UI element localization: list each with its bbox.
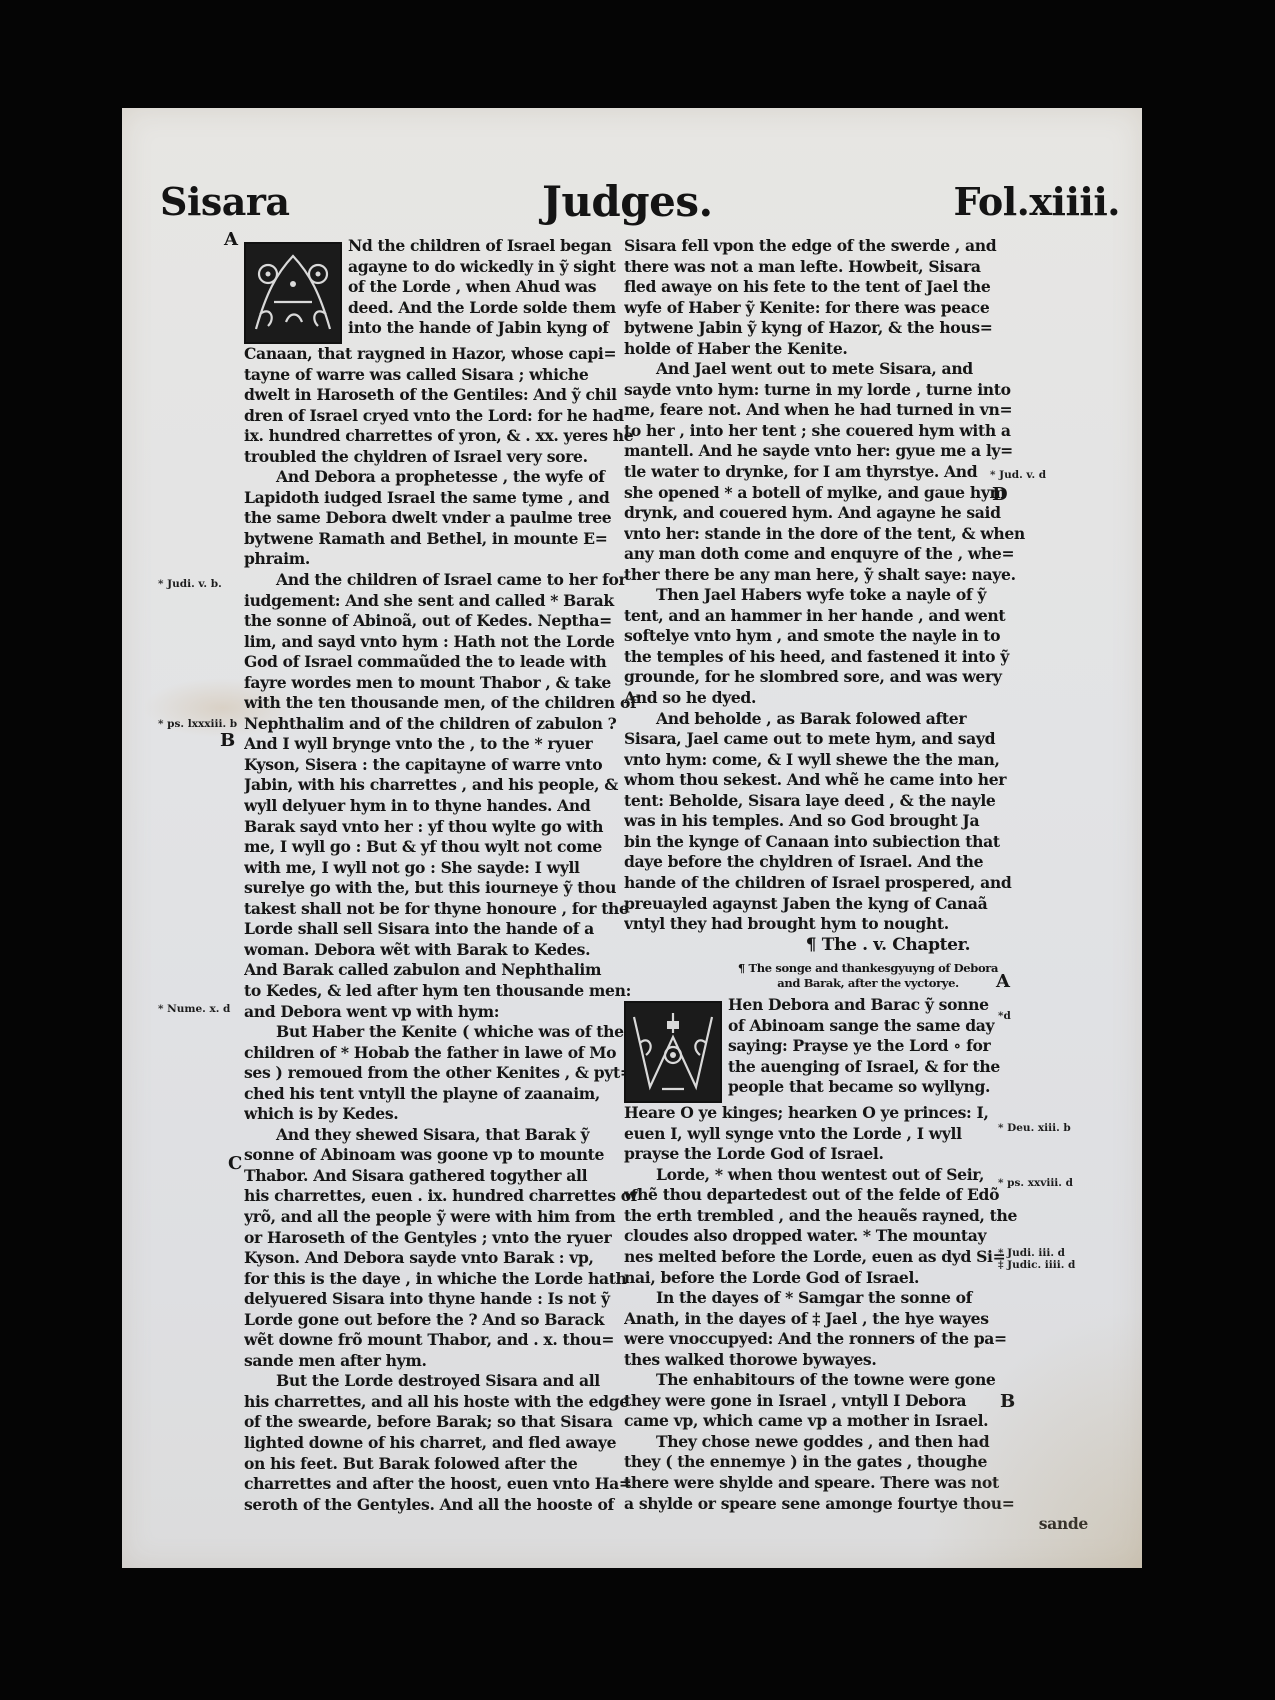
text-line: and Barak, after the vyctorye. <box>624 976 1112 991</box>
margin-section-letter: D <box>992 485 1008 505</box>
text-line: The enhabitours of the towne were gone <box>624 1370 1112 1391</box>
text-line: preuayled agaynst Jaben the kyng of Cana… <box>624 894 1112 915</box>
text-line: whom thou sekest. And whẽ he came into h… <box>624 770 1112 791</box>
margin-cross-reference: ‡ Judic. iiii. d <box>998 1259 1075 1271</box>
text-line: was in his temples. And so God brought J… <box>624 811 1112 832</box>
text-line: me, feare not. And when he had turned in… <box>624 400 1112 421</box>
text-line: the erth trembled , and the heauẽs rayne… <box>624 1206 1112 1227</box>
text-line: bytwene Jabin ỹ kyng of Hazor, & the hou… <box>624 318 1112 339</box>
running-head-left: Sisara <box>160 178 290 226</box>
margin-section-letter: B <box>1000 1392 1015 1412</box>
book-page: Sisara Judges. Fol.xiiii. <box>122 108 1142 1568</box>
margin-section-letter: C <box>228 1154 242 1174</box>
text-line: sayde vnto hym: turne in my lorde , turn… <box>624 380 1112 401</box>
text-line: softelye vnto hym , and smote the nayle … <box>624 626 1112 647</box>
margin-cross-reference: *d <box>998 1010 1011 1022</box>
text-line: grounde, for he slombred sore, and was w… <box>624 667 1112 688</box>
text-line: the auenging of Israel, & for the <box>728 1057 1112 1078</box>
text-line: Sisara fell vpon the edge of the swerde … <box>624 236 1112 257</box>
text-line: cloudes also dropped water. * The mounta… <box>624 1226 1112 1247</box>
running-head: Sisara Judges. Fol.xiiii. <box>122 178 1142 238</box>
text-line: Anath, in the dayes of ‡ Jael , the hye … <box>624 1309 1112 1330</box>
folio-number: Fol.xiiii. <box>953 178 1120 226</box>
text-line: prayse the Lorde God of Israel. <box>624 1144 1112 1165</box>
text-line: tent: Beholde, Sisara laye deed , & the … <box>624 791 1112 812</box>
text-line: a shylde or speare sene amonge fourtye t… <box>624 1494 1112 1515</box>
text-line: holde of Haber the Kenite. <box>624 339 1112 360</box>
text-line: any man doth come and enquyre of the , w… <box>624 544 1112 565</box>
text-line: Hen Debora and Barac ỹ sonne <box>728 995 1112 1016</box>
margin-cross-reference: * Judi. iii. d <box>998 1247 1065 1259</box>
text-line: tent, and an hammer in her hande , and w… <box>624 606 1112 627</box>
margin-cross-reference: * Nume. x. d <box>158 1003 230 1015</box>
text-line: hande of the children of Israel prospere… <box>624 873 1112 894</box>
margin-cross-reference: * ps. lxxxiii. b <box>158 718 237 730</box>
decorated-initial-a <box>244 242 342 344</box>
margin-section-letter: B <box>220 731 235 751</box>
text-line: the temples of his heed, and fastened it… <box>624 647 1112 668</box>
text-line: there were shylde and speare. There was … <box>624 1473 1112 1494</box>
text-line: saying: Prayse ye the Lord ∘ for <box>728 1036 1112 1057</box>
text-line: they were gone in Israel , vntyll I Debo… <box>624 1391 1112 1412</box>
text-line: ¶ The songe and thankesgyuyng of Debora <box>624 961 1112 976</box>
text-line: bin the kynge of Canaan into subiection … <box>624 832 1112 853</box>
text-line: And so he dyed. <box>624 688 1112 709</box>
chapter-heading: ¶ The . v. Chapter. <box>624 935 1112 956</box>
text-line: Then Jael Habers wyfe toke a nayle of ỹ <box>624 585 1112 606</box>
text-line: were vnoccupyed: And the ronners of the … <box>624 1329 1112 1350</box>
text-line: she opened * a botell of mylke, and gaue… <box>624 483 1112 504</box>
text-line: vntyl they had brought hym to nought. <box>624 914 1112 935</box>
text-line: they ( the ennemye ) in the gates , thou… <box>624 1452 1112 1473</box>
chapter-summary: ¶ The songe and thankesgyuyng of Deboraa… <box>624 955 1112 995</box>
floral-ornament-icon <box>246 244 340 342</box>
margin-cross-reference: * Jud. v. d <box>990 469 1046 481</box>
text-line: And Jael went out to mete Sisara, and <box>624 359 1112 380</box>
running-head-book-title: Judges. <box>542 178 713 226</box>
text-line: mantell. And he sayde vnto her: gyue me … <box>624 441 1112 462</box>
text-line: of Abinoam sange the same day <box>728 1016 1112 1037</box>
text-line: people that became so wyllyng. <box>728 1077 1112 1098</box>
margin-section-letter: A <box>224 230 238 250</box>
floral-ornament-icon <box>626 1003 720 1101</box>
right-text-column: Sisara fell vpon the edge of the swerde … <box>624 236 1112 1535</box>
text-line: thes walked thorowe bywayes. <box>624 1350 1112 1371</box>
text-line: ther there be any man here, ỹ shalt saye… <box>624 565 1112 586</box>
text-line: And beholde , as Barak folowed after <box>624 709 1112 730</box>
text-line: Heare O ye kinges; hearken O ye princes:… <box>624 1103 1112 1124</box>
text-line: there was not a man lefte. Howbeit, Sisa… <box>624 257 1112 278</box>
text-line: wyfe of Haber ỹ Kenite: for there was pe… <box>624 298 1112 319</box>
text-line: vnto her: stande in the dore of the tent… <box>624 524 1112 545</box>
text-line: They chose newe goddes , and then had <box>624 1432 1112 1453</box>
margin-section-letter: A <box>996 972 1010 992</box>
text-line: fled awaye on his fete to the tent of Ja… <box>624 277 1112 298</box>
text-line: came vp, which came vp a mother in Israe… <box>624 1411 1112 1432</box>
margin-cross-reference: * Judi. v. b. <box>158 578 222 590</box>
decorated-initial-w <box>624 1001 722 1103</box>
text-line: vnto hym: come, & I wyll shewe the the m… <box>624 750 1112 771</box>
margin-cross-reference: * Deu. xiii. b <box>998 1122 1071 1134</box>
text-line: In the dayes of * Samgar the sonne of <box>624 1288 1112 1309</box>
catchword: sande <box>624 1514 1112 1535</box>
text-line: drynk, and couered hym. And agayne he sa… <box>624 503 1112 524</box>
text-line: to her , into her tent ; she couered hym… <box>624 421 1112 442</box>
margin-cross-reference: * ps. xxviii. d <box>998 1177 1073 1189</box>
text-line: daye before the chyldren of Israel. And … <box>624 852 1112 873</box>
text-line: Sisara, Jael came out to mete hym, and s… <box>624 729 1112 750</box>
